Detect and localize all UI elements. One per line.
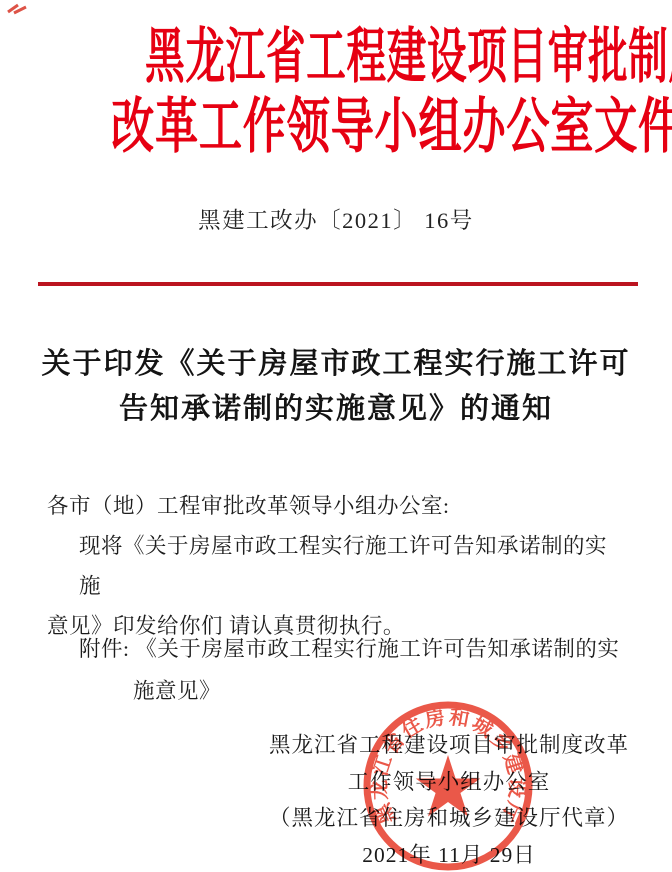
document-title-line-2: 告知承诺制的实施意见》的通知 <box>0 387 672 432</box>
salutation: 各市（地）工程审批改革领导小组办公室: <box>47 486 627 526</box>
letterhead: 黑龙江省工程建设项目审批制度 改革工作领导小组办公室文件 <box>0 22 672 162</box>
issuer-line-2: 工作领导小组办公室 <box>225 764 672 801</box>
letterhead-line-1: 黑龙江省工程建设项目审批制度 <box>145 22 672 92</box>
body-text: 各市（地）工程审批改革领导小组办公室: 现将《关于房屋市政工程实行施工许可告知承… <box>47 486 627 646</box>
scan-artifact-mark <box>5 2 31 16</box>
seal-delegation-note: （黑龙江省住房和城乡建设厅代章） <box>225 800 672 837</box>
attachment-line-2: 施意见》 <box>47 670 627 712</box>
letterhead-line-2: 改革工作领导小组办公室文件 <box>111 92 672 162</box>
document-title-line-1: 关于印发《关于房屋市政工程实行施工许可 <box>0 342 672 387</box>
attachment-note: 附件: 《关于房屋市政工程实行施工许可告知承诺制的实 施意见》 <box>47 628 627 712</box>
issuer-line-1: 黑龙江省工程建设项目审批制度改革 <box>225 727 672 764</box>
document-title: 关于印发《关于房屋市政工程实行施工许可 告知承诺制的实施意见》的通知 <box>0 342 672 432</box>
issue-date: 2021年 11月 29日 <box>225 837 672 872</box>
document-number: 黑建工改办〔2021〕 16号 <box>0 206 672 236</box>
signature-block: 黑龙江省工程建设项目审批制度改革 工作领导小组办公室 （黑龙江省住房和城乡建设厅… <box>225 727 672 872</box>
document-page: 黑龙江省工程建设项目审批制度 改革工作领导小组办公室文件 黑建工改办〔2021〕… <box>0 0 672 872</box>
body-paragraph-line-1: 现将《关于房屋市政工程实行施工许可告知承诺制的实施 <box>47 526 627 606</box>
red-divider-rule <box>38 282 638 286</box>
attachment-line-1: 附件: 《关于房屋市政工程实行施工许可告知承诺制的实 <box>47 628 627 670</box>
